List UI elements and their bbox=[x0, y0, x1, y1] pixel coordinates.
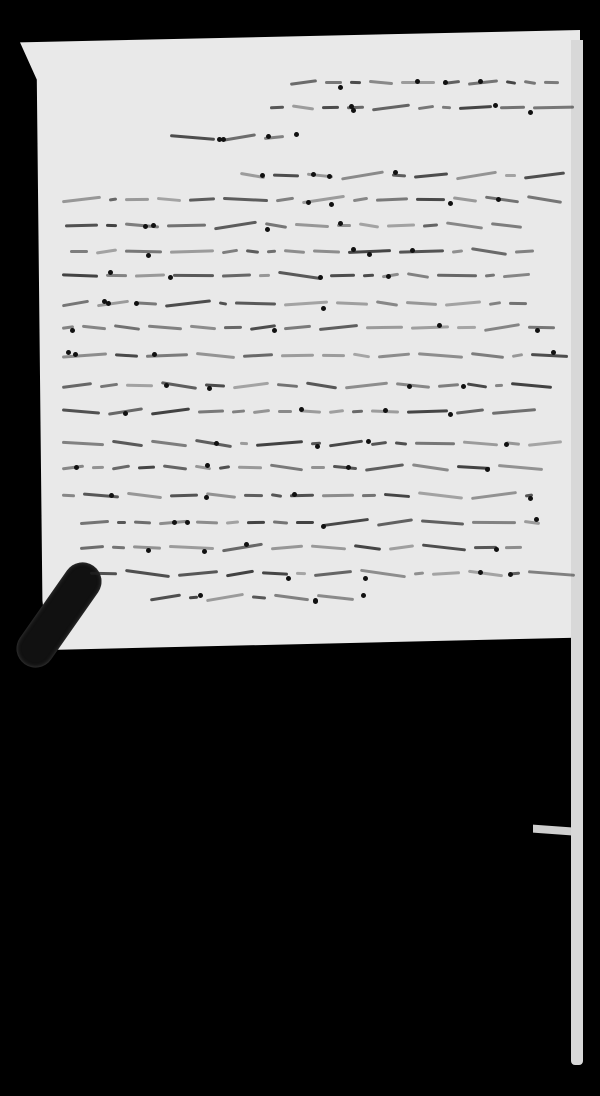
handwritten-line bbox=[270, 100, 570, 114]
handwritten-line bbox=[170, 130, 300, 144]
ink-mark bbox=[260, 173, 265, 178]
paper-tab bbox=[533, 825, 571, 836]
ink-mark bbox=[494, 547, 499, 552]
ink-mark bbox=[338, 221, 343, 226]
handwritten-line bbox=[150, 590, 370, 604]
ink-mark bbox=[266, 134, 271, 139]
ink-mark bbox=[327, 174, 332, 179]
handwritten-text bbox=[0, 0, 600, 650]
ink-mark bbox=[217, 137, 222, 142]
ink-mark bbox=[366, 439, 371, 444]
ink-mark bbox=[146, 548, 151, 553]
handwritten-line bbox=[62, 404, 552, 418]
handwritten-line bbox=[65, 218, 545, 232]
ink-mark bbox=[493, 103, 498, 108]
ink-mark bbox=[109, 493, 114, 498]
ink-mark bbox=[528, 110, 533, 115]
handwritten-line bbox=[62, 268, 552, 282]
ink-mark bbox=[172, 520, 177, 525]
ink-mark bbox=[66, 350, 71, 355]
ink-mark bbox=[383, 408, 388, 413]
handwritten-line bbox=[290, 75, 570, 89]
handwritten-line bbox=[80, 515, 550, 529]
ink-mark bbox=[329, 202, 334, 207]
ink-mark bbox=[485, 467, 490, 472]
ink-mark bbox=[299, 407, 304, 412]
ink-mark bbox=[361, 593, 366, 598]
ink-mark bbox=[528, 496, 533, 501]
ink-mark bbox=[202, 549, 207, 554]
ink-mark bbox=[168, 275, 173, 280]
ink-mark bbox=[363, 576, 368, 581]
ink-mark bbox=[410, 248, 415, 253]
ink-mark bbox=[272, 328, 277, 333]
ink-mark bbox=[151, 223, 156, 228]
ink-mark bbox=[185, 520, 190, 525]
ink-mark bbox=[321, 306, 326, 311]
ink-mark bbox=[204, 495, 209, 500]
handwritten-line bbox=[70, 244, 550, 258]
ink-mark bbox=[351, 247, 356, 252]
ink-mark bbox=[74, 465, 79, 470]
ink-mark bbox=[443, 80, 448, 85]
ink-mark bbox=[338, 85, 343, 90]
ink-mark bbox=[318, 275, 323, 280]
ink-mark bbox=[108, 270, 113, 275]
ink-mark bbox=[534, 517, 539, 522]
ink-mark bbox=[386, 274, 391, 279]
ink-mark bbox=[306, 200, 311, 205]
handwritten-line bbox=[62, 488, 552, 502]
ink-mark bbox=[315, 444, 320, 449]
ink-mark bbox=[437, 323, 442, 328]
ink-mark bbox=[152, 352, 157, 357]
handwritten-line bbox=[62, 436, 552, 450]
handwritten-line bbox=[62, 378, 552, 392]
ink-mark bbox=[415, 79, 420, 84]
ink-mark bbox=[134, 301, 139, 306]
ink-mark bbox=[346, 465, 351, 470]
ink-mark bbox=[244, 542, 249, 547]
handwritten-line bbox=[62, 348, 552, 362]
handwritten-line bbox=[62, 320, 552, 334]
handwritten-line bbox=[62, 460, 552, 474]
